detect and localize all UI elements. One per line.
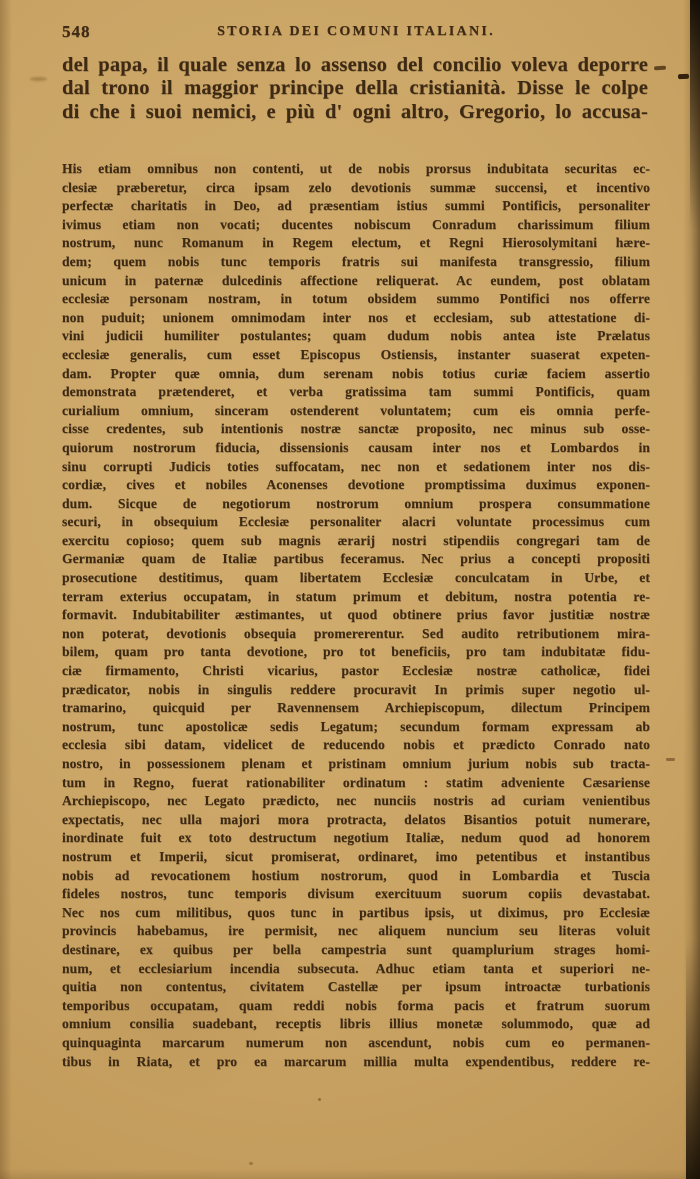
body-paragraph: del papa, il quale senza lo assenso del … xyxy=(62,54,648,124)
text-line: prosecutione destitimus, quam libertatem… xyxy=(62,569,650,588)
text-line: tramarino, quicquid per Ravennensem Arch… xyxy=(62,699,650,718)
book-page-scan: { "header": { "page_number": "548", "tit… xyxy=(0,0,700,1179)
text-line: nostrum et Imperii, sicut promiserat, or… xyxy=(62,848,650,867)
text-line: formavit. Indubitabiliter æstimantes, ut… xyxy=(62,606,650,625)
page-edge-shadow-bottom xyxy=(0,1169,700,1179)
text-line: terram exterius occupatam, in statum pri… xyxy=(62,588,650,607)
text-line: tum in Regno, fuerat rationabiliter ordi… xyxy=(62,774,650,793)
running-title: STORIA DEI COMUNI ITALIANI. xyxy=(62,24,650,40)
text-line: dal trono il maggior principe della cris… xyxy=(62,77,648,100)
text-line: Nec nos cum militibus, quos tunc in part… xyxy=(62,904,650,923)
text-line: dum. Sicque de negotiorum nostrorum omni… xyxy=(62,495,650,514)
text-line: His etiam omnibus non contenti, ut de no… xyxy=(62,160,650,179)
text-line: quiorum nostrorum fiducia, dissensionis … xyxy=(62,439,650,458)
text-line: cordiæ, cives et nobiles Aconenses devot… xyxy=(62,476,650,495)
page-corner-shadow-bottom-right xyxy=(686,939,700,1179)
ink-smudge xyxy=(30,77,47,81)
page-corner-shadow-top-right xyxy=(690,0,700,230)
text-line: exercitu copioso; quem sub magnis ærarij… xyxy=(62,532,650,551)
text-line: securi, in obsequium Ecclesiæ personalit… xyxy=(62,513,650,532)
text-line: Germaniæ quam de Italiæ partibus feceram… xyxy=(62,550,650,569)
ink-speck xyxy=(249,1162,253,1165)
text-line: inordinate fuit ex toto destructum negot… xyxy=(62,829,650,848)
text-line: curialium omnium, sinceram ostenderent v… xyxy=(62,402,650,421)
text-line: cisse credentes, sub intentionis nostræ … xyxy=(62,420,650,439)
text-line: temporibus occupatam, quam reddi nobis f… xyxy=(62,997,650,1016)
text-line: expectatis, nec ulla majori mora protrac… xyxy=(62,811,650,830)
text-line: prædicator, nobis in singulis reddere pr… xyxy=(62,681,650,700)
text-line: ecclesiæ personam nostram, in totum obsi… xyxy=(62,290,650,309)
text-line: non puduit; unionem omnimodam inter nos … xyxy=(62,309,650,328)
text-line: ivimus etiam non vocati; ducentes nobisc… xyxy=(62,216,650,235)
text-line: non poterat, devotionis obsequia promere… xyxy=(62,625,650,644)
text-line: nostro, in possessionem plenam et pristi… xyxy=(62,755,650,774)
text-line: sinu corrupti Judicis toties suffocatam,… xyxy=(62,458,650,477)
ink-speck xyxy=(666,758,675,761)
text-line: demonstrata prætenderet, et verba gratis… xyxy=(62,383,650,402)
text-line: nobis ad revocationem hostium nostrorum,… xyxy=(62,867,650,886)
footnote-block: His etiam omnibus non contenti, ut de no… xyxy=(62,160,650,1071)
text-line: num, et ecclesiarium incendia subsecuta.… xyxy=(62,960,650,979)
text-line: unicum in paternæ dulcedinis affectione … xyxy=(62,272,650,291)
text-line: quinquaginta marcarum numerum non ascend… xyxy=(62,1034,650,1053)
text-line: omnium consilia suadebant, receptis libr… xyxy=(62,1015,650,1034)
text-line: tibus in Riata, et pro ea marcarum milli… xyxy=(62,1053,650,1072)
text-line: perfectæ charitatis in Deo, ad præsentia… xyxy=(62,197,650,216)
text-line: bilem, quam pro tanta devotione, pro tot… xyxy=(62,643,650,662)
text-line: dem; quem nobis tunc temporis fratris su… xyxy=(62,253,650,272)
text-line: fideles nostros, tunc temporis divisum e… xyxy=(62,885,650,904)
text-line: vini judicii humiliter postulantes; quam… xyxy=(62,327,650,346)
text-line: quitia non contentus, civitatem Castellæ… xyxy=(62,978,650,997)
text-line: ecclesiæ generalis, cum esset Episcopus … xyxy=(62,346,650,365)
text-line: di che i suoi nemici, e più d' ogni altr… xyxy=(62,101,648,124)
text-line: provincis habebamus, ire permisit, nec a… xyxy=(62,922,650,941)
ink-speck xyxy=(654,66,666,70)
text-line: nostrum, tunc apostolicæ sedis Legatum; … xyxy=(62,718,650,737)
text-line: destinare, ex quibus per bella campestri… xyxy=(62,941,650,960)
page-header: 548 STORIA DEI COMUNI ITALIANI. xyxy=(62,22,650,42)
text-line: clesiæ præberetur, circa ipsam zelo devo… xyxy=(62,179,650,198)
ink-speck xyxy=(318,1098,321,1101)
text-line: del papa, il quale senza lo assenso del … xyxy=(62,54,648,77)
text-line: ecclesia sibi datam, videlicet de reduce… xyxy=(62,736,650,755)
text-line: dam. Propter quæ omnia, dum serenam nobi… xyxy=(62,365,650,384)
text-line: Archiepiscopo, nec Legato prædicto, nec … xyxy=(62,792,650,811)
text-line: ciæ firmamento, Christi vicarius, pastor… xyxy=(62,662,650,681)
page-edge-shadow-left xyxy=(0,0,12,1179)
text-line: nostrum, nunc Romanum in Regem electum, … xyxy=(62,234,650,253)
